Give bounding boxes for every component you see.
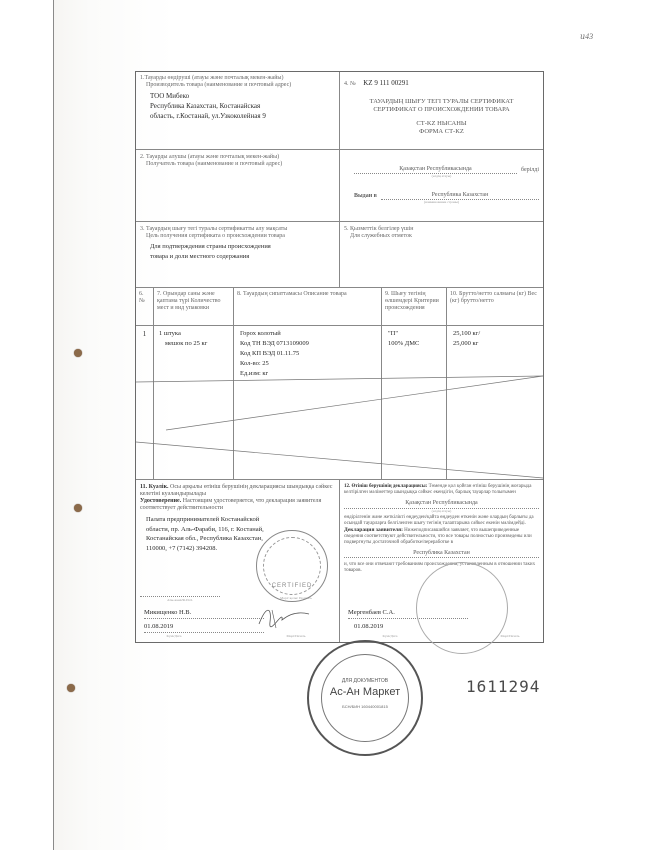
declaration-country-kz: Қазақстан Республикасында: [344, 500, 539, 508]
caption-seal: Мөрі/Печать: [266, 634, 326, 638]
header-criteria: 9. Шығу тегінің өлшемдері Критерии проис…: [382, 288, 447, 326]
box-certificate-number: 4. № KZ 9 111 00291 ТАУАРДЫҢ ШЫҒУ ТЕГІ Т…: [340, 72, 543, 150]
chamber-name: Палата предпринимателей Костанайской: [146, 515, 335, 525]
chamber-stamp: CERTIFIED: [256, 530, 328, 602]
header-weight-label: Брутто/нетто салмағы (кг) Вес (кг) брутт…: [450, 291, 537, 304]
issued-caption-kz: (елдің атауы): [344, 174, 539, 178]
issued-caption-ru: (наименование страны): [344, 200, 539, 204]
box-purpose: 3. Тауардың шығу тегі туралы сертификатт…: [136, 222, 340, 288]
binder-hole: [74, 504, 82, 512]
certification-title-ru: Удостоверение.: [140, 498, 181, 504]
header-no: 6. №: [136, 288, 154, 326]
declaration-caption-date: Күні/Дата: [360, 634, 420, 638]
form-ru: ФОРМА СТ-KZ: [344, 128, 539, 136]
issued-country-ru: Республика Казахстан: [381, 192, 539, 200]
consignee-label-ru: Получатель товара (наименование и почтов…: [140, 161, 335, 168]
company-stamp-id: БСН/БИН 160440001815: [309, 704, 421, 709]
header-weight: 10. Брутто/нетто салмағы (кг) Вес (кг) б…: [447, 288, 543, 326]
stamp-text: CERTIFIED: [257, 583, 327, 589]
declaration-country-ru: Республика Казахстан: [344, 550, 539, 558]
header-no-label: 6. №: [139, 291, 145, 304]
header-weight-num: 10.: [450, 291, 458, 297]
binder-hole: [67, 684, 75, 692]
handwritten-page-number: ս43: [580, 32, 593, 41]
certifier-name: Микищенко Н.В.: [144, 608, 264, 619]
official-label-ru: Для служебных отметок: [344, 233, 539, 240]
certificate-form: 1.Тауарды өндіруші (атауы және почталық …: [135, 71, 544, 643]
box-official-use: 5. Қызметтік белгілер үшін Для служебных…: [340, 222, 543, 288]
purpose-label-ru: Цель получения сертификата о происхожден…: [140, 233, 335, 240]
box-issued-in: Қазақстан Республикасында берілді (елдің…: [340, 150, 543, 222]
declaration-text-kz2: өндірілгенін және жеткілікті өңдеуден/қа…: [344, 515, 539, 527]
header-description: 8. Тауардың сипаттамасы Описание товара: [234, 288, 382, 326]
header-packages-num: 7.: [157, 291, 162, 297]
title-kz: ТАУАРДЫҢ ШЫҒУ ТЕГІ ТУРАЛЫ СЕРТИФИКАТ: [344, 98, 539, 106]
header-description-label: Тауардың сипаттамасы Описание товара: [243, 291, 347, 297]
box-producer: 1.Тауарды өндіруші (атауы және почталық …: [136, 72, 340, 150]
company-stamp: ДЛЯ ДОКУМЕНТОВ Ас-Ан Маркет БСН/БИН 1604…: [307, 640, 423, 756]
issued-country-kz: Қазақстан Республикасында: [354, 166, 517, 174]
issued-suffix-kz: берілді: [521, 167, 539, 174]
purpose-line-1: Для подтверждения страны происхождения: [150, 242, 335, 252]
issued-prefix-ru: Выдан в: [354, 193, 377, 200]
producer-address-2: область, г.Костанай, ул.Узкоколейная 9: [150, 111, 335, 121]
certification-text-kz: Осы арқылы өтініш берушінің декларациясы…: [140, 484, 332, 497]
binder-hole: [74, 349, 82, 357]
declaration-title-kz: 12. Өтініш берушінің декларациясы:: [344, 484, 427, 489]
certificate-number: KZ 9 111 00291: [363, 79, 409, 87]
caption-name: Аты-жөні/Ф.И.О.: [140, 598, 220, 602]
producer-address-1: Республика Казахстан, Костанайская: [150, 101, 335, 111]
header-criteria-num: 9.: [385, 291, 390, 297]
header-packages: 7. Орындар саны және қаптама түрі Количе…: [154, 288, 234, 326]
certification-date: 01.08.2019: [144, 622, 264, 633]
signature: [254, 602, 314, 632]
producer-name: ТОО Мибеко: [150, 91, 335, 101]
company-stamp-name: Ас-Ан Маркет: [309, 686, 421, 698]
certification-title-kz: 11. Куәлік.: [140, 484, 169, 490]
header-criteria-label: Шығу тегінің өлшемдері Критерии происхож…: [385, 291, 439, 311]
declaration-date: 01.08.2019: [354, 622, 383, 632]
producer-label-ru: Производитель товара (наименование и поч…: [140, 82, 335, 89]
header-packages-label: Орындар саны және қаптама түрі Количеств…: [157, 291, 221, 311]
caption-date: Күні/Дата: [144, 634, 204, 638]
number-label: 4. №: [344, 81, 356, 87]
faint-stamp: [416, 562, 508, 654]
form-kz: СТ-KZ НЫСАНЫ: [344, 120, 539, 128]
company-stamp-top: ДЛЯ ДОКУМЕНТОВ: [309, 678, 421, 684]
box-consignee: 2. Тауарды алушы (атауы және почталық ме…: [136, 150, 340, 222]
declaration-title-ru: Декларация заявителя:: [344, 527, 403, 533]
cancellation-lines: [136, 326, 543, 480]
registration-number: 1611294: [466, 677, 540, 696]
declaration-country-caption: (елдің атауы): [344, 509, 539, 513]
header-description-num: 8.: [237, 291, 242, 297]
purpose-line-2: товара и доли местного содержания: [150, 252, 335, 262]
title-ru: СЕРТИФИКАТ О ПРОИСХОЖДЕНИИ ТОВАРА: [344, 106, 539, 114]
